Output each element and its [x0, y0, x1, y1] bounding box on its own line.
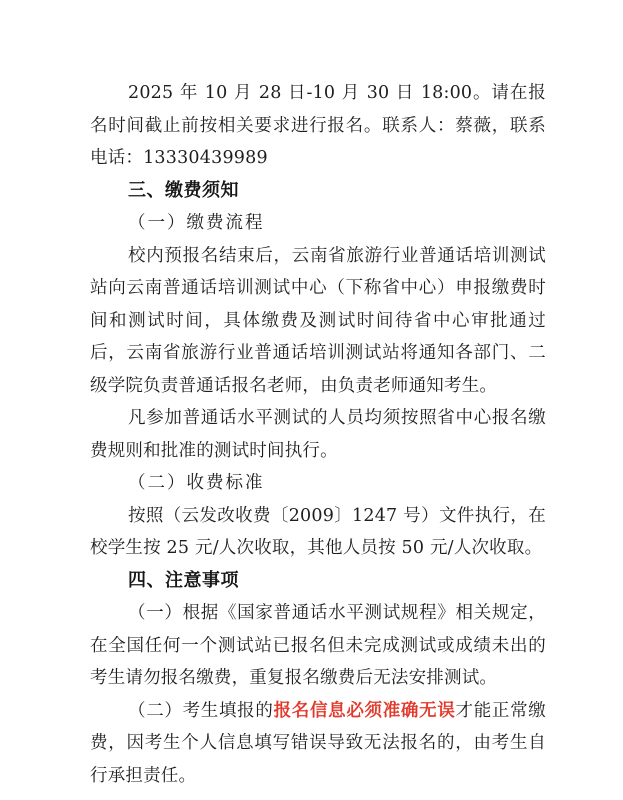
- section4-heading: 四、注意事项: [90, 565, 546, 598]
- section3-sub1-paragraph-1: 校内预报名结束后，云南省旅游行业普通话培训测试站向云南普通话培训测试中心（下称省…: [90, 240, 546, 403]
- section3-heading: 三、缴费须知: [90, 175, 546, 208]
- section4-item-2: （二）考生填报的报名信息必须准确无误才能正常缴费，因考生个人信息填写错误导致无法…: [90, 695, 546, 793]
- document-background: { "page": { "background_color": "#ffffff…: [0, 0, 623, 800]
- section4-item-1: （一）根据《国家普通话水平测试规程》相关规定，在全国任何一个测试站已报名但未完成…: [90, 597, 546, 695]
- section4-item-2-highlight: 报名信息必须准确无误: [274, 701, 456, 721]
- intro-paragraph: 2025 年 10 月 28 日-10 月 30 日 18:00。请在报名时间截…: [90, 77, 546, 175]
- section4-item-2-prefix: （二）考生填报的: [128, 701, 274, 721]
- section3-sub2-paragraph-1: 按照（云发改收费〔2009〕1247 号）文件执行，在校学生按 25 元/人次收…: [90, 500, 546, 565]
- section3-sub1-heading: （一）缴费流程: [90, 207, 546, 240]
- document-page: 2025 年 10 月 28 日-10 月 30 日 18:00。请在报名时间截…: [90, 77, 546, 792]
- section3-sub1-paragraph-2: 凡参加普通话水平测试的人员均须按照省中心报名缴费规则和批准的测试时间执行。: [90, 402, 546, 467]
- section3-sub2-heading: （二）收费标准: [90, 467, 546, 500]
